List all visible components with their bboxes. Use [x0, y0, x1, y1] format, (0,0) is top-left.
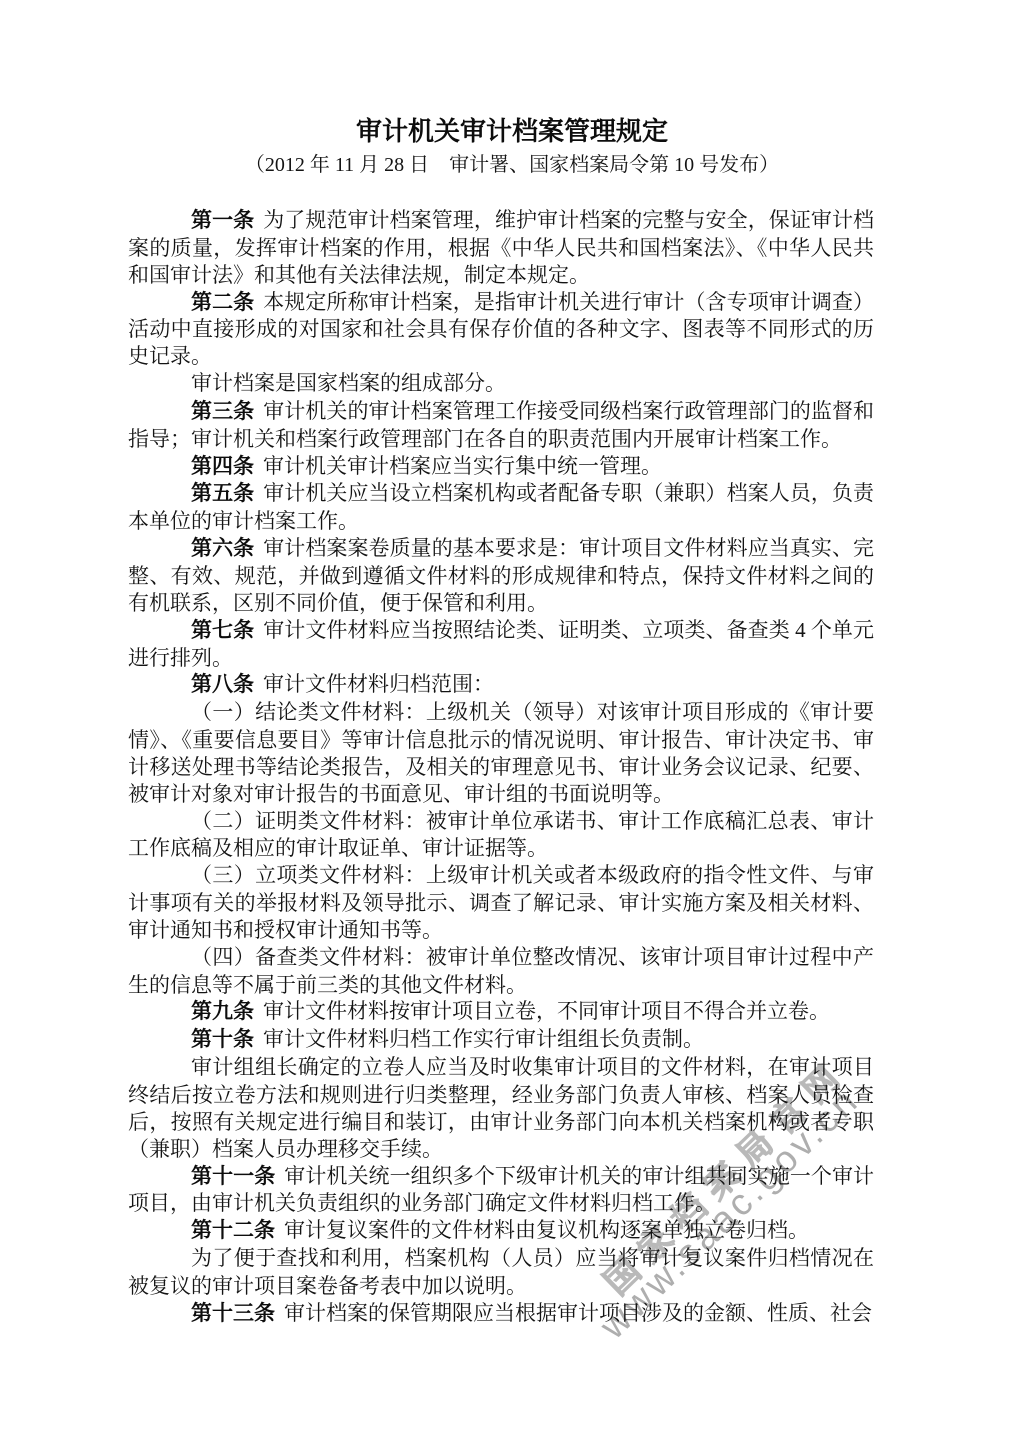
paragraph: （三）立项类文件材料：上级审计机关或者本级政府的指令性文件、与审计事项有关的举报…	[128, 862, 874, 944]
document-title: 审计机关审计档案管理规定	[0, 116, 1024, 146]
article-label: 第十三条	[191, 1302, 275, 1325]
paragraph: 为了便于查找和利用，档案机构（人员）应当将审计复议案件归档情况在被复议的审计项目…	[128, 1245, 874, 1300]
paragraph: 第六条审计档案案卷质量的基本要求是：审计项目文件材料应当真实、完整、有效、规范，…	[128, 535, 874, 617]
article-label: 第十二条	[191, 1219, 275, 1242]
paragraph-text: （一）结论类文件材料：上级机关（领导）对该审计项目形成的《审计要情》、《重要信息…	[128, 700, 874, 806]
paragraph-text: （二）证明类文件材料：被审计单位承诺书、审计工作底稿汇总表、审计工作底稿及相应的…	[128, 809, 874, 861]
paragraph-text: 审计机关审计档案应当实行集中统一管理。	[263, 454, 662, 478]
paragraph: 第九条审计文件材料按审计项目立卷，不同审计项目不得合并立卷。	[128, 998, 874, 1026]
paragraph: 审计档案是国家档案的组成部分。	[128, 370, 874, 398]
article-label: 第十一条	[191, 1165, 275, 1188]
paragraph: 审计组组长确定的立卷人应当及时收集审计项目的文件材料，在审计项目终结后按立卷方法…	[128, 1054, 874, 1162]
paragraph-text: 为了便于查找和利用，档案机构（人员）应当将审计复议案件归档情况在被复议的审计项目…	[128, 1246, 874, 1298]
paragraph: 第十一条审计机关统一组织多个下级审计机关的审计组共同实施一个审计项目，由审计机关…	[128, 1163, 874, 1218]
article-label: 第二条	[191, 291, 254, 314]
paragraph-text: 审计档案的保管期限应当根据审计项目涉及的金额、性质、社会	[284, 1301, 872, 1325]
paragraph: 第十三条审计档案的保管期限应当根据审计项目涉及的金额、性质、社会	[128, 1300, 874, 1328]
paragraph: （四）备查类文件材料：被审计单位整改情况、该审计项目审计过程中产生的信息等不属于…	[128, 944, 874, 999]
document-body: 第一条为了规范审计档案管理，维护审计档案的完整与安全，保证审计档案的质量，发挥审…	[128, 207, 874, 1328]
paragraph-text: 审计档案是国家档案的组成部分。	[191, 371, 506, 395]
paragraph-text: 审计文件材料归档工作实行审计组组长负责制。	[263, 1027, 704, 1051]
article-label: 第一条	[191, 209, 254, 232]
paragraph-text: （四）备查类文件材料：被审计单位整改情况、该审计项目审计过程中产生的信息等不属于…	[128, 945, 874, 997]
article-label: 第九条	[191, 1000, 254, 1023]
paragraph-text: 审计组组长确定的立卷人应当及时收集审计项目的文件材料，在审计项目终结后按立卷方法…	[128, 1055, 874, 1161]
paragraph: 第四条审计机关审计档案应当实行集中统一管理。	[128, 453, 874, 481]
article-label: 第四条	[191, 455, 254, 478]
paragraph-text: 审计文件材料归档范围：	[263, 672, 494, 696]
article-label: 第八条	[191, 673, 254, 696]
paragraph: 第八条审计文件材料归档范围：	[128, 671, 874, 699]
paragraph: 第十二条审计复议案件的文件材料由复议机构逐案单独立卷归档。	[128, 1217, 874, 1245]
paragraph-text: 审计复议案件的文件材料由复议机构逐案单独立卷归档。	[284, 1218, 809, 1242]
paragraph: 第七条审计文件材料应当按照结论类、证明类、立项类、备查类 4 个单元进行排列。	[128, 617, 874, 672]
paragraph: 第一条为了规范审计档案管理，维护审计档案的完整与安全，保证审计档案的质量，发挥审…	[128, 207, 874, 289]
paragraph: （一）结论类文件材料：上级机关（领导）对该审计项目形成的《审计要情》、《重要信息…	[128, 699, 874, 807]
paragraph: 第五条审计机关应当设立档案机构或者配备专职（兼职）档案人员，负责本单位的审计档案…	[128, 480, 874, 535]
document-page: 国家档案局官网 www.saac.gov.cn 审计机关审计档案管理规定 （20…	[0, 0, 1024, 1443]
paragraph-text: （三）立项类文件材料：上级审计机关或者本级政府的指令性文件、与审计事项有关的举报…	[128, 863, 874, 942]
paragraph: 第三条审计机关的审计档案管理工作接受同级档案行政管理部门的监督和指导；审计机关和…	[128, 398, 874, 453]
article-label: 第五条	[191, 482, 254, 505]
document-subtitle: （2012 年 11 月 28 日 审计署、国家档案局令第 10 号发布）	[0, 151, 1024, 179]
article-label: 第十条	[191, 1028, 254, 1051]
paragraph-text: 审计文件材料按审计项目立卷，不同审计项目不得合并立卷。	[263, 999, 830, 1023]
article-label: 第三条	[191, 400, 254, 423]
paragraph: （二）证明类文件材料：被审计单位承诺书、审计工作底稿汇总表、审计工作底稿及相应的…	[128, 808, 874, 863]
article-label: 第六条	[191, 537, 254, 560]
article-label: 第七条	[191, 619, 254, 642]
paragraph: 第十条审计文件材料归档工作实行审计组组长负责制。	[128, 1026, 874, 1054]
paragraph: 第二条本规定所称审计档案，是指审计机关进行审计（含专项审计调查）活动中直接形成的…	[128, 289, 874, 371]
